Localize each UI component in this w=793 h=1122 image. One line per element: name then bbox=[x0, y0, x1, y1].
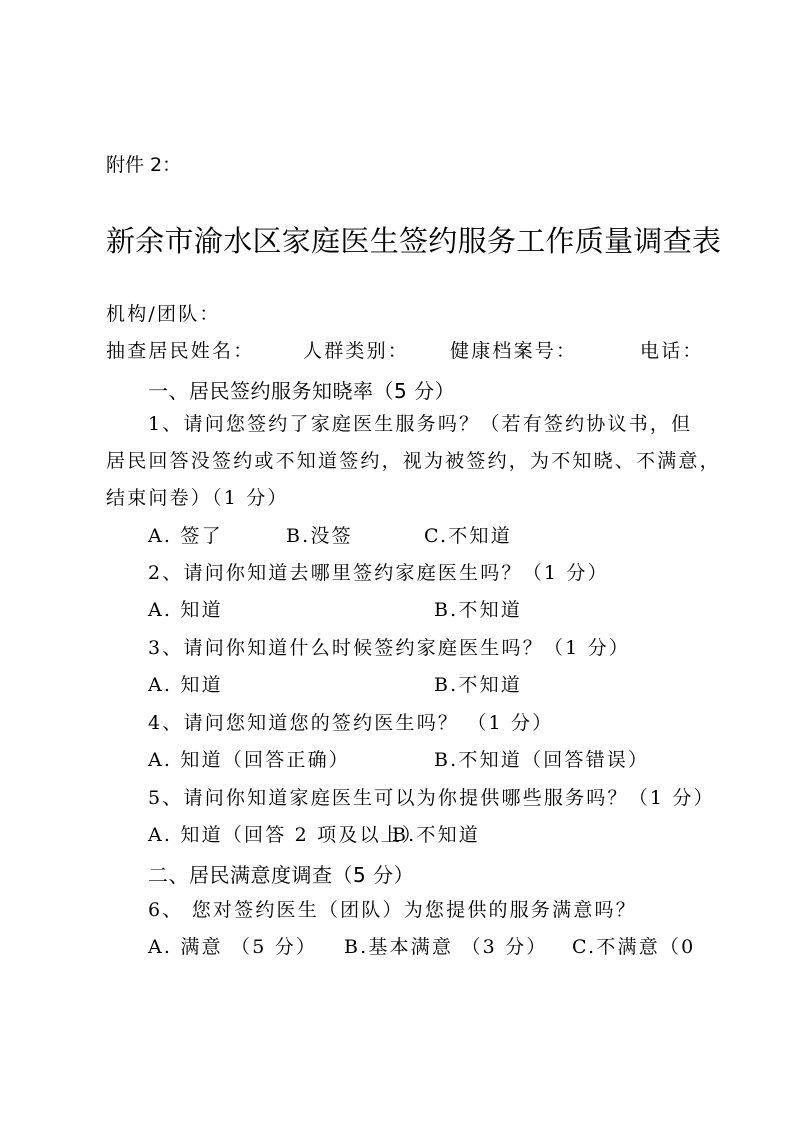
question-1-option-c: C.不知道 bbox=[424, 524, 512, 548]
question-3-option-b: B.不知道 bbox=[434, 673, 522, 697]
question-2-option-b: B.不知道 bbox=[434, 598, 522, 622]
section-heading-satisfaction: 二、居民满意度调查（5 分） bbox=[148, 859, 414, 888]
attachment-label: 附件 2： bbox=[106, 150, 181, 177]
question-1-option-a: A. 签了 bbox=[148, 524, 223, 548]
resident-name-field-label: 抽查居民姓名： bbox=[106, 339, 254, 363]
question-6-option-a: A. 满意 （5 分） bbox=[148, 935, 317, 959]
org-team-field-label: 机构/团队： bbox=[106, 302, 221, 326]
question-1-line-2: 居民回答没签约或不知道签约，视为被签约，为不知晓、不满意， bbox=[106, 449, 721, 473]
question-4-option-b: B.不知道（回答错误） bbox=[434, 748, 649, 772]
group-type-field-label: 人群类别： bbox=[303, 339, 409, 363]
question-6-option-b: B.基本满意 （3 分） bbox=[344, 935, 548, 959]
phone-field-label: 电话： bbox=[640, 339, 704, 363]
question-4-option-a: A. 知道（回答正确） bbox=[148, 748, 350, 772]
record-no-field-label: 健康档案号： bbox=[450, 339, 577, 363]
question-2-line-1: 2、请问你知道去哪里签约家庭医生吗？（1 分） bbox=[148, 561, 609, 585]
question-6-line-1: 6、 您对签约医生（团队）为您提供的服务满意吗？ bbox=[148, 898, 637, 922]
section-heading-awareness: 一、居民签约服务知晓率（5 分） bbox=[148, 375, 455, 404]
question-1-option-b: B.没签 bbox=[286, 524, 353, 548]
document-title: 新余市渝水区家庭医生签约服务工作质量调查表 bbox=[106, 219, 721, 260]
question-3-line-1: 3、请问你知道什么时候签约家庭医生吗？（1 分） bbox=[148, 636, 630, 660]
question-6-option-c: C.不满意（0 bbox=[572, 935, 695, 959]
question-1-line-3: 结束问卷）（1 分） bbox=[106, 486, 289, 510]
question-4-line-1: 4、请问您知道您的签约医生吗？ （1 分） bbox=[148, 711, 553, 735]
question-2-option-a: A. 知道 bbox=[148, 598, 223, 622]
question-5-option-b: B.不知道 bbox=[392, 823, 480, 847]
question-1-line-1: 1、请问您签约了家庭医生服务吗？（若有签约协议书，但 bbox=[148, 412, 692, 436]
question-5-option-a: A. 知道（回答 2 项及以上） bbox=[148, 823, 423, 847]
question-5-line-1: 5、请问你知道家庭医生可以为你提供哪些服务吗？（1 分） bbox=[148, 786, 715, 810]
question-3-option-a: A. 知道 bbox=[148, 673, 223, 697]
